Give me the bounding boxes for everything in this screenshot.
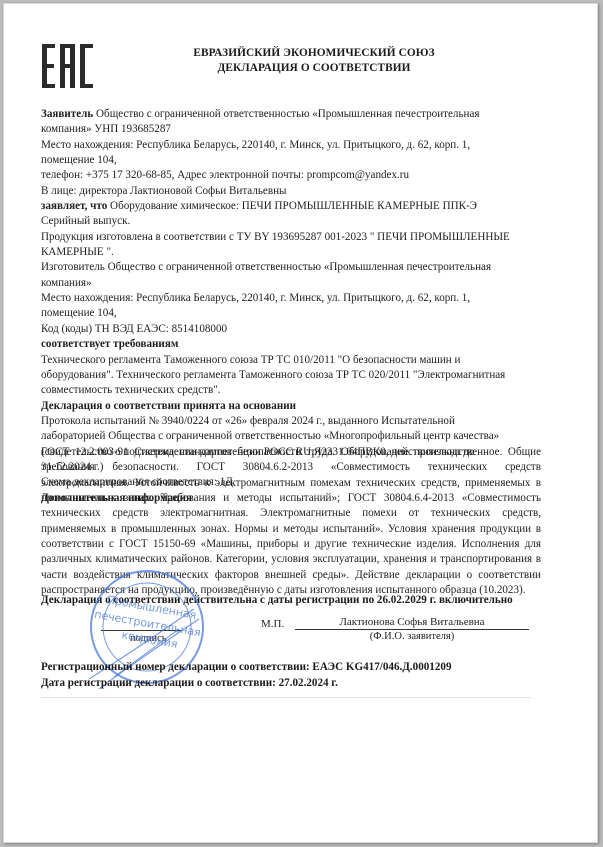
applicant-name: Лактионова Софья Витальевна <box>295 616 529 630</box>
manufacturer-line-2: компания» <box>41 276 541 291</box>
serial-line: Серийный выпуск. <box>41 214 541 229</box>
union-title: ЕВРАЗИЙСКИЙ ЭКОНОМИЧЕСКИЙ СОЮЗ <box>144 46 484 61</box>
applicant-contacts: телефон: +375 17 320-68-85, Адрес электр… <box>41 168 541 183</box>
eac-logo <box>40 42 96 90</box>
bottom-divider <box>41 697 531 698</box>
applicant-representative: В лице: директора Лактионовой Софьи Вита… <box>41 184 541 199</box>
signature-caption: подпись <box>130 633 167 644</box>
basis-line: Протокола испытаний № 3940/0224 от «26» … <box>41 414 541 429</box>
made-per-line: Продукция изготовлена в соответствии с Т… <box>41 230 541 245</box>
declaration-page: ЕВРАЗИЙСКИЙ ЭКОНОМИЧЕСКИЙ СОЮЗ ДЕКЛАРАЦИ… <box>3 3 598 843</box>
basis-line-2: лабораторией Общества с ограниченной отв… <box>41 429 541 444</box>
manufacturer-address-2: помещение 104, <box>41 306 541 321</box>
applicant-label: Заявитель <box>41 108 93 120</box>
manufacturer-address: Место нахождения: Республика Беларусь, 2… <box>41 291 541 306</box>
signature-line <box>101 630 181 631</box>
additional-info-text: ГОСТ 12.2.003-91 Система стандартов безо… <box>41 445 541 598</box>
requirements-heading: соответствует требованиям <box>41 337 541 352</box>
requirements-line-3: совместимость технических средств". <box>41 383 541 398</box>
declares-line: заявляет, что Оборудование химическое: П… <box>41 199 541 214</box>
document-header: ЕВРАЗИЙСКИЙ ЭКОНОМИЧЕСКИЙ СОЮЗ ДЕКЛАРАЦИ… <box>144 46 484 76</box>
applicant-address-2: помещение 104, <box>41 153 541 168</box>
seal-label: М.П. <box>261 618 284 630</box>
applicant-line: Заявитель Общество с ограниченной ответс… <box>41 107 541 122</box>
hs-code: Код (коды) ТН ВЭД ЕАЭС: 8514108000 <box>41 322 541 337</box>
manufacturer-line: Изготовитель Общество с ограниченной отв… <box>41 260 541 275</box>
declares-label: заявляет, что <box>41 200 107 212</box>
registration-number: Регистрационный номер декларации о соотв… <box>41 660 452 676</box>
applicant-line-2: компания» УНП 193685287 <box>41 122 541 137</box>
document-title: ДЕКЛАРАЦИЯ О СООТВЕТСТВИИ <box>144 61 484 76</box>
made-per-line-2: КАМЕРНЫЕ ". <box>41 245 541 260</box>
applicant-name-block: Лактионова Софья Витальевна (Ф.И.О. заяв… <box>295 616 529 642</box>
requirements-line-2: оборудования". Технического регламента Т… <box>41 368 541 383</box>
registration-block: Регистрационный номер декларации о соотв… <box>41 660 452 691</box>
requirements-line: Технического регламента Таможенного союз… <box>41 353 541 368</box>
basis-heading: Декларация о соответствии принята на осн… <box>41 399 541 414</box>
applicant-name-caption: (Ф.И.О. заявителя) <box>295 631 529 642</box>
applicant-address: Место нахождения: Республика Беларусь, 2… <box>41 138 541 153</box>
eac-logo-icon <box>40 42 96 90</box>
registration-date: Дата регистрации декларации о соответств… <box>41 676 452 692</box>
validity-statement: Декларация о соответствии действительна … <box>41 594 513 606</box>
